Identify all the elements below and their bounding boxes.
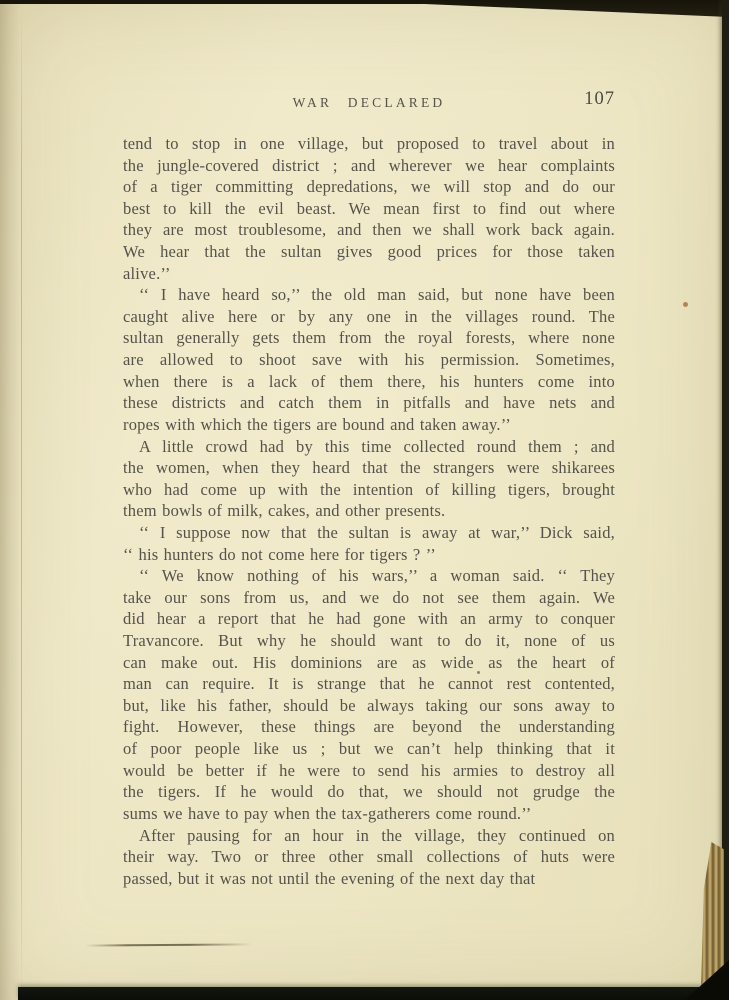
text-line: man can require. It is strange that he c… bbox=[123, 673, 615, 695]
text-line: sums we have to pay when the tax-gathere… bbox=[123, 803, 615, 825]
text-line: ‘‘ his hunters do not come here for tige… bbox=[123, 544, 615, 566]
book-page-scan: WAR DECLARED 107 tend to stop in one vil… bbox=[0, 0, 729, 1000]
text-line: the jungle-covered district ; and wherev… bbox=[123, 155, 615, 177]
text-line: their way. Two or three other small coll… bbox=[123, 846, 615, 868]
text-line: We hear that the sultan gives good price… bbox=[123, 241, 615, 263]
text-line: the tigers. If he would do that, we shou… bbox=[123, 781, 615, 803]
text-line: ‘‘ We know nothing of his wars,’’ a woma… bbox=[123, 565, 615, 587]
paragraph: ‘‘ We know nothing of his wars,’’ a woma… bbox=[123, 565, 615, 824]
page-number: 107 bbox=[584, 89, 615, 110]
text-line: did hear a report that he had gone with … bbox=[123, 608, 615, 630]
text-line: these districts and catch them in pitfal… bbox=[123, 392, 615, 414]
text-line: best to kill the evil beast. We mean fir… bbox=[123, 198, 615, 220]
text-line: of poor people like us ; but we can’t he… bbox=[123, 738, 615, 760]
running-title: WAR DECLARED bbox=[123, 95, 615, 111]
paragraph: After pausing for an hour in the village… bbox=[123, 825, 615, 890]
paragraph: ‘‘ I suppose now that the sultan is away… bbox=[123, 522, 615, 565]
paragraph: ‘‘ I have heard so,’’ the old man said, … bbox=[123, 284, 615, 435]
page-crease-line bbox=[21, 0, 22, 1000]
text-line: who had come up with the intention of ki… bbox=[123, 479, 615, 501]
ink-speck bbox=[683, 302, 688, 307]
scan-bottom-edge bbox=[18, 987, 729, 1000]
text-line: them bowls of milk, cakes, and other pre… bbox=[123, 500, 615, 522]
text-line: they are most troublesome, and then we s… bbox=[123, 219, 615, 241]
text-line: After pausing for an hour in the village… bbox=[123, 825, 615, 847]
text-line: can make out. His dominions are as wide … bbox=[123, 652, 615, 674]
text-line: A little crowd had by this time collecte… bbox=[123, 436, 615, 458]
paragraph: tend to stop in one village, but propose… bbox=[123, 133, 615, 284]
text-line: Travancore. But why he should want to do… bbox=[123, 630, 615, 652]
text-line: passed, but it was not until the evening… bbox=[123, 868, 615, 890]
paragraph: A little crowd had by this time collecte… bbox=[123, 436, 615, 522]
text-line: take our sons from us, and we do not see… bbox=[123, 587, 615, 609]
text-line: are allowed to shoot save with his permi… bbox=[123, 349, 615, 371]
text-line: ‘‘ I have heard so,’’ the old man said, … bbox=[123, 284, 615, 306]
text-line: tend to stop in one village, but propose… bbox=[123, 133, 615, 155]
text-line: the women, when they heard that the stra… bbox=[123, 457, 615, 479]
text-line: when there is a lack of them there, his … bbox=[123, 371, 615, 393]
text-line: caught alive here or by any one in the v… bbox=[123, 306, 615, 328]
text-line: would be better if he were to send his a… bbox=[123, 760, 615, 782]
ink-speck bbox=[477, 671, 480, 674]
text-line: fight. However, these things are beyond … bbox=[123, 716, 615, 738]
text-line: ‘‘ I suppose now that the sultan is away… bbox=[123, 522, 615, 544]
text-line: alive.’’ bbox=[123, 263, 615, 285]
page-text-body: tend to stop in one village, but propose… bbox=[123, 133, 615, 889]
page-header: WAR DECLARED 107 bbox=[123, 92, 615, 114]
text-line: of a tiger committing depredations, we w… bbox=[123, 176, 615, 198]
text-line: sultan generally gets them from the roya… bbox=[123, 327, 615, 349]
text-line: but, like his father, should be always t… bbox=[123, 695, 615, 717]
text-line: ropes with which the tigers are bound an… bbox=[123, 414, 615, 436]
